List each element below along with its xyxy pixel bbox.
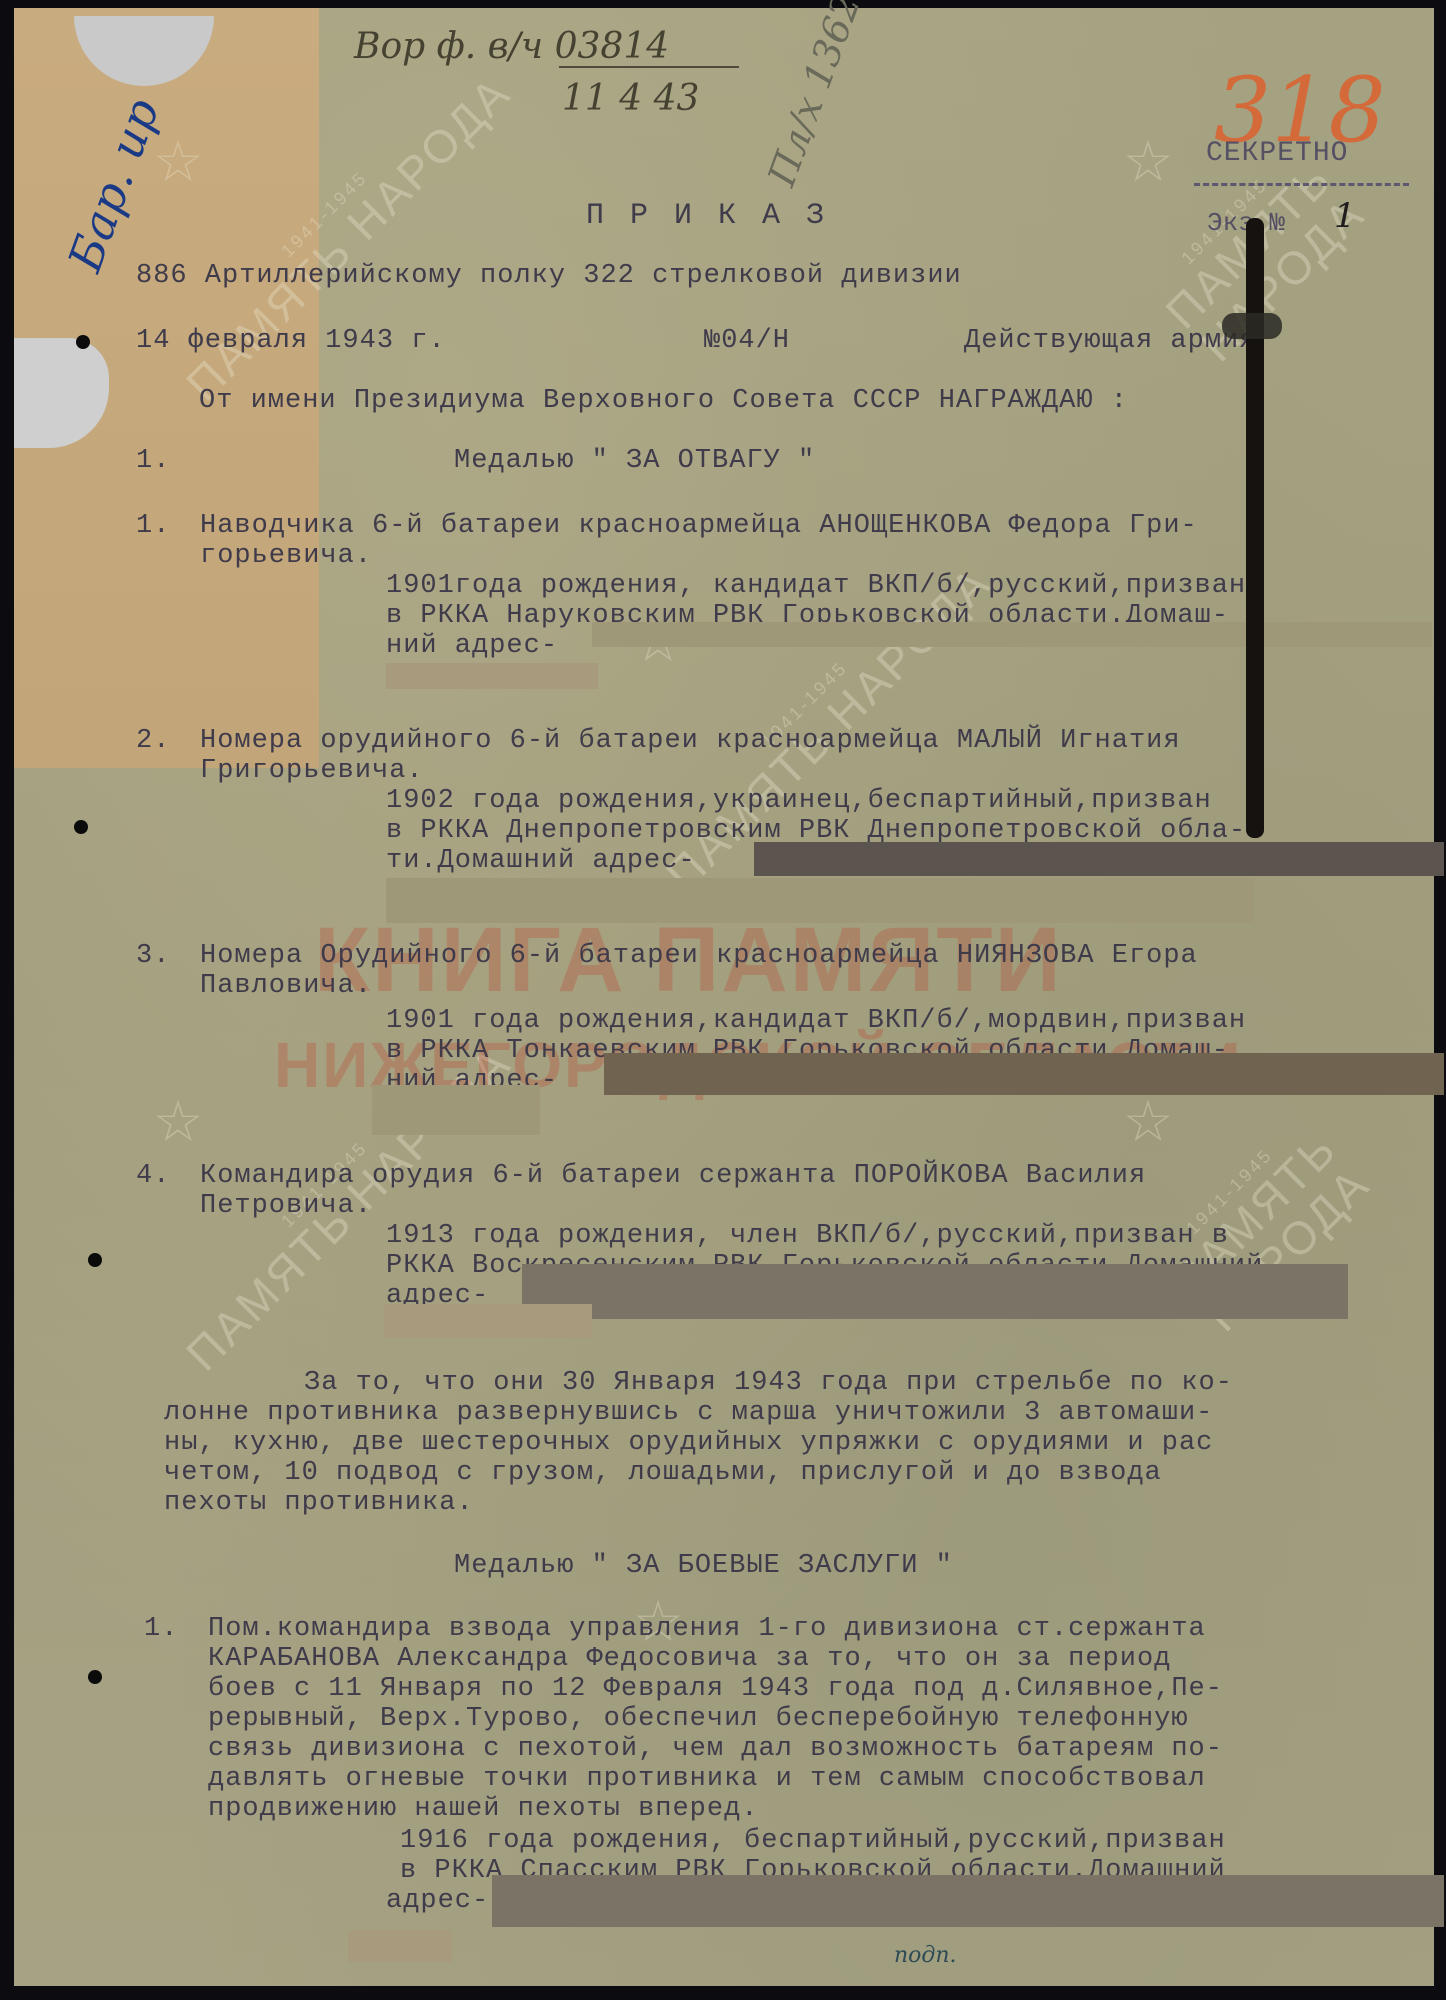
recipient-bio: ти.Домашний адрес- (386, 848, 696, 875)
classification-stamp: СЕКРЕТНО (1206, 138, 1348, 169)
unit-line: 886 Артиллерийскому полку 322 стрелковой… (136, 263, 962, 290)
copy-number: 1 (1334, 196, 1356, 236)
redaction-bar (492, 1875, 1444, 1927)
recipient-line: продвижению нашей пехоты вперед. (208, 1796, 758, 1823)
recipient-bio: 1916 года рождения, беспартийный,русский… (400, 1828, 1226, 1855)
citation-line: лонне противника развернувшись с марша у… (164, 1400, 1213, 1427)
redaction-bar (522, 1264, 1348, 1319)
recipient-line: КАРАБАНОВА Александра Федосовича за то, … (208, 1646, 1171, 1673)
recipient-bio: ний адрес- (386, 633, 558, 660)
recipient-bio: 1901года рождения, кандидат ВКП/б/,русск… (386, 573, 1246, 600)
binding-hole-icon (88, 1670, 102, 1684)
recipient-number: 2. (136, 728, 170, 755)
recipient-line: связь дивизиона с пехотой, чем дал возмо… (208, 1736, 1223, 1763)
recipient-line: давлять огневые точки противника и тем с… (208, 1766, 1206, 1793)
redaction-bar (754, 842, 1444, 876)
recipient-line: боев с 11 Января по 12 Февраля 1943 года… (208, 1676, 1223, 1703)
preamble: От имени Президиума Верховного Совета СС… (199, 388, 1128, 415)
medal-heading: Медалью " ЗА ОТВАГУ " (454, 448, 815, 475)
archive-reference: Вор ф. в/ч 03814 (354, 26, 669, 67)
recipient-bio: в РККА Днепропетровским РВК Днепропетров… (386, 818, 1246, 845)
document-title: П Р И К А З (586, 201, 828, 231)
redaction-bar (384, 1304, 592, 1338)
binding-hole-icon (74, 820, 88, 834)
signature-fragment: подп. (894, 1943, 957, 1968)
recipient-bio: 1901 года рождения,кандидат ВКП/б/,мордв… (386, 1008, 1246, 1035)
order-date: 14 февраля 1943 г. (136, 328, 446, 355)
paper-crack (1246, 218, 1264, 838)
section-number: 1. (136, 448, 170, 475)
recipient-line: Павловича. (200, 973, 372, 1000)
stamp-rule (1194, 183, 1409, 186)
binding-hole-icon (76, 335, 90, 349)
recipient-line: Командира орудия 6-й батареи сержанта ПО… (200, 1163, 1146, 1190)
citation-line: За то, что они 30 Января 1943 года при с… (304, 1370, 1233, 1397)
underline (559, 66, 739, 68)
recipient-number: 4. (136, 1163, 170, 1190)
recipient-number: 3. (136, 943, 170, 970)
recipient-line: Номера орудийного 6-й батареи красноарме… (200, 728, 1181, 755)
recipient-line: Номера Орудийного 6-й батареи красноарме… (200, 943, 1198, 970)
star-watermark-icon: ☆ (154, 1068, 202, 1167)
recipient-line: Петровича. (200, 1193, 372, 1220)
recipient-bio: адрес- (386, 1888, 489, 1915)
redaction-bar (348, 1930, 452, 1962)
citation-line: пехоты противника. (164, 1490, 474, 1517)
star-watermark-icon: ☆ (1124, 108, 1172, 207)
recipient-bio: 1902 года рождения,украинец,беспартийный… (386, 788, 1212, 815)
redaction-bar (386, 878, 1254, 923)
recipient-line: рерывный, Верх.Турово, обеспечил беспере… (208, 1706, 1189, 1733)
redaction-bar (386, 663, 598, 689)
order-number: №04/Н (704, 328, 790, 355)
redaction-bar (372, 1085, 540, 1135)
binding-hole-icon (88, 1253, 102, 1267)
citation-line: четом, 10 подвод с грузом, лошадьми, при… (164, 1460, 1162, 1487)
document-page: ☆ 1941-1945ПАМЯТЬ НАРОДА ☆ 1941-1945ПАМЯ… (14, 8, 1434, 1986)
recipient-line: горьевича. (200, 543, 372, 570)
recipient-line: Пом.командира взвода управления 1-го див… (208, 1616, 1206, 1643)
recipient-number: 1. (144, 1616, 178, 1643)
recipient-line: Григорьевича. (200, 758, 424, 785)
archive-reference-number: 11 4 43 (562, 78, 699, 119)
medal-heading: Медалью " ЗА БОЕВЫЕ ЗАСЛУГИ " (454, 1553, 953, 1580)
order-location: Действующая армия (964, 328, 1256, 355)
pencil-note: Пл/х 1362 (759, 0, 869, 192)
recipient-line: Наводчика 6-й батареи красноармейца АНОЩ… (200, 513, 1198, 540)
redaction-bar (604, 1053, 1444, 1095)
recipient-bio: 1913 года рождения, член ВКП/б/,русский,… (386, 1223, 1229, 1250)
citation-line: ны, кухню, две шестерочных орудийных упр… (164, 1430, 1213, 1457)
redaction-bar (592, 622, 1432, 647)
ink-blot (1222, 313, 1282, 339)
recipient-number: 1. (136, 513, 170, 540)
